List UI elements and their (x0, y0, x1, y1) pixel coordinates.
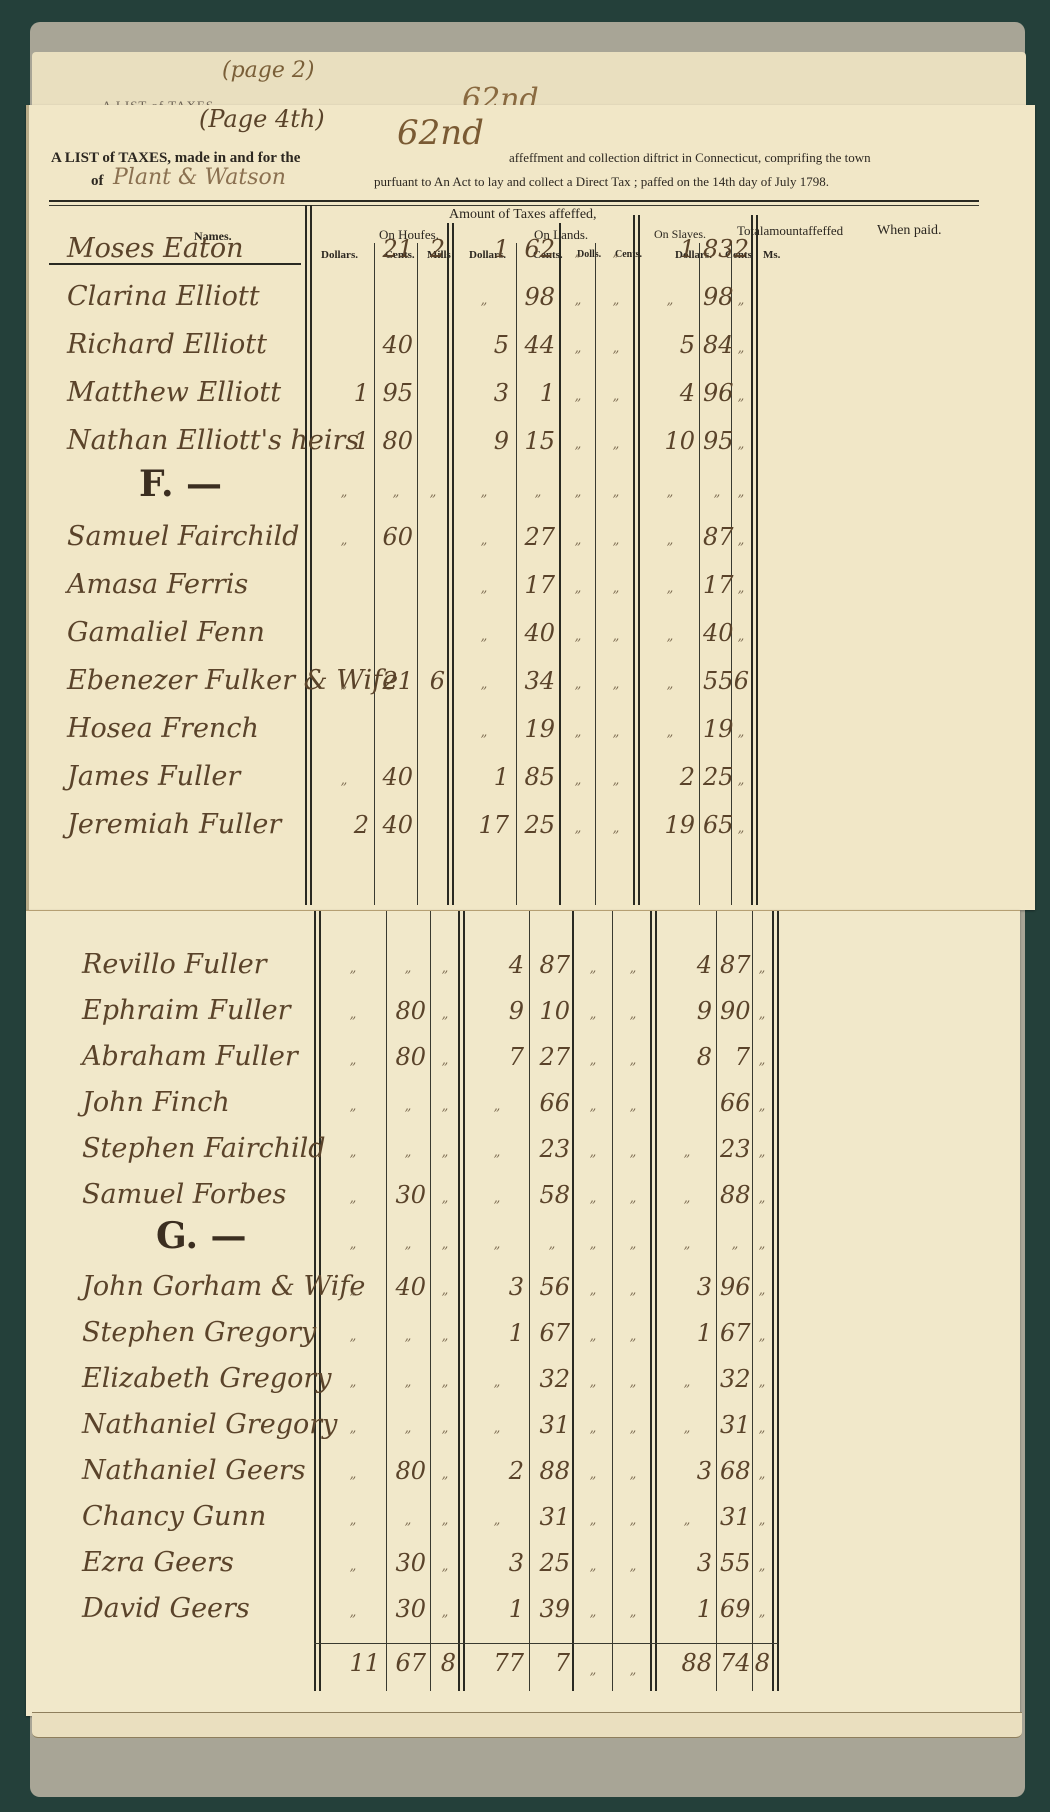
taxpayer-name: Nathan Elliott's heirs (67, 425, 359, 456)
cell-ld: „ (459, 725, 509, 740)
taxpayer-name: Nathaniel Gregory (82, 1409, 337, 1440)
cell-lc: 17 (521, 571, 555, 599)
cell-hm: „ (434, 1467, 456, 1482)
cell-sd: „ (563, 773, 593, 788)
cell-tm: „ (733, 533, 749, 548)
cell-td: 4 (645, 379, 695, 407)
cell-hd: „ (326, 1237, 380, 1252)
cell-sd: „ (576, 1559, 610, 1574)
cell-hd: „ (326, 1283, 380, 1298)
cell-tm: „ (733, 437, 749, 452)
cell-tm: „ (754, 1099, 770, 1114)
cell-tm: „ (754, 1237, 770, 1252)
cell-lc: 15 (521, 427, 555, 455)
cell-sd: „ (563, 821, 593, 836)
cell-sd: „ (563, 341, 593, 356)
cell-td: „ (645, 533, 695, 548)
cell-td: 4 (662, 951, 712, 979)
cell-sc: „ (618, 1559, 648, 1574)
cell-hc: 95 (379, 379, 413, 407)
cell-ld: „ (470, 1421, 524, 1436)
cell-hd: „ (326, 1145, 380, 1160)
cell-ld: 17 (459, 811, 509, 839)
cell-ld: 7 (470, 1043, 524, 1071)
cell-hd: „ (319, 485, 369, 500)
cell-hd: 2 (319, 811, 369, 839)
cell-ld: 9 (470, 997, 524, 1025)
cell-ld: „ (470, 1099, 524, 1114)
cell-td: „ (662, 1191, 712, 1206)
cell-td: 5 (645, 331, 695, 359)
cell-sc: „ (618, 1467, 648, 1482)
taxpayer-name: Ephraim Fuller (82, 995, 291, 1026)
page-stack-edge (32, 1712, 1022, 1738)
cell-hm: „ (434, 1007, 456, 1022)
cell-tm: „ (754, 1329, 770, 1344)
cell-sc: „ (618, 1099, 648, 1114)
cell-sd: „ (576, 1605, 610, 1620)
cell-hd: „ (326, 1421, 380, 1436)
cell-tm: „ (754, 1053, 770, 1068)
cell-ld: 1 (470, 1319, 524, 1347)
cell-td: 1 (662, 1595, 712, 1623)
district-number: 62nd (397, 113, 484, 153)
page-label: (Page 4th) (199, 105, 325, 133)
taxpayer-name: Elizabeth Gregory (82, 1363, 332, 1394)
title-line-2-right: purfuant to An Act to lay and collect a … (374, 174, 829, 190)
section-letter: G. — (156, 1215, 247, 1257)
cell-lc: 10 (534, 997, 570, 1025)
cell-ld: 3 (470, 1549, 524, 1577)
cell-td: 8 (662, 1043, 712, 1071)
cell-sc: „ (618, 1329, 648, 1344)
cell-hc: 80 (390, 1457, 426, 1485)
cell-tc: 96 (720, 1273, 750, 1301)
cell-sd: „ (576, 1191, 610, 1206)
cell-sc: „ (618, 1283, 648, 1298)
rule (572, 911, 574, 1691)
cell-tc: 31 (720, 1503, 750, 1531)
cell-lc: 23 (534, 1135, 570, 1163)
col-header-when-paid: When paid. (877, 223, 942, 239)
cell-td: 2 (645, 763, 695, 791)
cell-hm: „ (434, 1329, 456, 1344)
cell-hd: „ (326, 1559, 380, 1574)
cell-ld: „ (459, 293, 509, 308)
cell-sc: „ (601, 821, 631, 836)
cell-lc: „ (521, 485, 555, 500)
rule (751, 215, 753, 905)
taxpayer-name: Revillo Fuller (82, 949, 267, 980)
cell-lc: 58 (534, 1181, 570, 1209)
rule (463, 911, 465, 1691)
rule (756, 215, 758, 905)
cell-tc: 55 (720, 1549, 750, 1577)
cell-hm: „ (434, 1283, 456, 1298)
cell-tm: „ (733, 629, 749, 644)
cell-tc: 25 (703, 763, 731, 791)
rule (305, 205, 307, 905)
cell-sc: „ (601, 341, 631, 356)
cell-hc: 80 (390, 997, 426, 1025)
cell-sc: „ (618, 1375, 648, 1390)
cell-lc: 88 (534, 1457, 570, 1485)
cell-sc: „ (618, 1053, 648, 1068)
cell-sd: „ (563, 245, 593, 260)
total-hm: 8 (434, 1649, 456, 1677)
cell-sd: „ (576, 1329, 610, 1344)
cell-tc: 19 (703, 715, 731, 743)
cell-tm: „ (733, 341, 749, 356)
cell-sd: „ (576, 1237, 610, 1252)
cell-td: „ (662, 1513, 712, 1528)
cell-hm: „ (434, 1191, 456, 1206)
total-td: 88 (662, 1649, 712, 1677)
cell-hd: „ (326, 1099, 380, 1114)
taxpayer-name: Samuel Fairchild (67, 521, 299, 552)
cell-tc: 32 (720, 1365, 750, 1393)
cell-hc: 40 (379, 763, 413, 791)
cell-hd: „ (326, 1007, 380, 1022)
cell-ld: 1 (470, 1595, 524, 1623)
rule (638, 215, 640, 905)
cell-lc: 27 (521, 523, 555, 551)
cell-tc: 31 (720, 1411, 750, 1439)
cell-sc: „ (618, 1191, 648, 1206)
cell-hd: 1 (319, 379, 369, 407)
cell-tm: „ (733, 773, 749, 788)
cell-td: „ (662, 1421, 712, 1436)
cell-hc: 30 (390, 1549, 426, 1577)
cell-lc: 67 (534, 1319, 570, 1347)
cell-hc: 80 (390, 1043, 426, 1071)
cell-ld: „ (470, 1145, 524, 1160)
title-line-2-prefix: of (91, 173, 104, 190)
cell-tm: „ (754, 1283, 770, 1298)
total-lc: 7 (534, 1649, 570, 1677)
cell-tm: „ (733, 821, 749, 836)
cell-hc: „ (390, 1375, 426, 1390)
taxpayer-name: Gamaliel Fenn (67, 617, 265, 648)
cell-ld: 9 (459, 427, 509, 455)
cell-hc: „ (390, 1237, 426, 1252)
cell-sd: „ (576, 1421, 610, 1436)
rule (374, 243, 375, 905)
taxpayer-name: Richard Elliott (67, 329, 267, 360)
cell-ld: 5 (459, 331, 509, 359)
col-header-amount: Amount of Taxes affeffed, (449, 207, 597, 223)
cell-lc: 66 (534, 1089, 570, 1117)
rule (559, 223, 561, 905)
cell-lc: 31 (534, 1503, 570, 1531)
cell-lc: 27 (534, 1043, 570, 1071)
rule (310, 205, 312, 905)
cell-ld: 4 (470, 951, 524, 979)
rule (386, 911, 387, 1691)
cell-tc: 96 (703, 379, 731, 407)
cell-sc: „ (601, 437, 631, 452)
cell-td: 10 (645, 427, 695, 455)
cell-hm: „ (434, 1145, 456, 1160)
cell-ld: „ (470, 1237, 524, 1252)
cell-sd: „ (563, 389, 593, 404)
cell-ld: „ (459, 677, 509, 692)
cell-td: „ (662, 1375, 712, 1390)
cell-ld: „ (459, 629, 509, 644)
cell-tc: 95 (703, 427, 731, 455)
cell-tm: „ (733, 485, 749, 500)
cell-sd: „ (576, 1467, 610, 1482)
cell-hd: „ (326, 1329, 380, 1344)
cell-sc: „ (601, 629, 631, 644)
cell-sc: „ (618, 1237, 648, 1252)
cell-hc: „ (390, 1421, 426, 1436)
cell-td: 9 (662, 997, 712, 1025)
cell-hc: 40 (379, 331, 413, 359)
rule (529, 911, 530, 1691)
cell-sd: „ (563, 485, 593, 500)
cell-sc: „ (601, 245, 631, 260)
cell-hm: 2 (421, 235, 445, 263)
cell-hm: „ (421, 485, 445, 500)
cell-hm: „ (434, 1605, 456, 1620)
cell-lc: 85 (521, 763, 555, 791)
cell-sd: „ (576, 1283, 610, 1298)
taxpayer-name: Moses Eaton (67, 233, 243, 264)
taxpayer-name: Amasa Ferris (67, 569, 248, 600)
cell-ld: „ (470, 1191, 524, 1206)
cell-hc: 40 (390, 1273, 426, 1301)
rule (430, 911, 431, 1691)
cell-sc: „ (601, 725, 631, 740)
taxpayer-name: Chancy Gunn (82, 1501, 266, 1532)
cell-td: 3 (662, 1549, 712, 1577)
cell-tc: 69 (720, 1595, 750, 1623)
cell-tc: 55 (703, 667, 731, 695)
cell-lc: 34 (521, 667, 555, 695)
cell-hc: 30 (390, 1181, 426, 1209)
rule (650, 911, 652, 1691)
cell-tm: „ (754, 1145, 770, 1160)
cell-td: „ (645, 629, 695, 644)
cell-td: 1 (662, 1319, 712, 1347)
rule (777, 911, 779, 1691)
taxpayer-name: Jeremiah Fuller (67, 809, 281, 840)
cell-hm: „ (434, 1237, 456, 1252)
cell-tm: „ (733, 389, 749, 404)
cell-ld: „ (470, 1375, 524, 1390)
back-page-label: (page 2) (222, 58, 314, 83)
sub-t-ms: Ms. (763, 249, 780, 261)
cell-hm: „ (434, 1053, 456, 1068)
cell-tm: „ (733, 725, 749, 740)
cell-tm: „ (733, 293, 749, 308)
cell-td: „ (645, 485, 695, 500)
taxpayer-name: Samuel Forbes (82, 1179, 286, 1210)
total-sc: „ (618, 1663, 648, 1678)
cell-tm: 2 (733, 235, 749, 263)
cell-hd: „ (319, 677, 369, 692)
cell-tc: 88 (720, 1181, 750, 1209)
taxpayer-name: Matthew Elliott (67, 377, 281, 408)
cell-hd: 1 (319, 427, 369, 455)
cell-ld: „ (459, 533, 509, 548)
cell-tm: „ (754, 1559, 770, 1574)
cell-hm: „ (434, 1375, 456, 1390)
cell-td: „ (645, 677, 695, 692)
cell-sc: „ (601, 293, 631, 308)
rule (447, 223, 449, 905)
cell-lc: 40 (521, 619, 555, 647)
cell-sc: „ (618, 1421, 648, 1436)
total-sd: „ (576, 1663, 610, 1678)
cell-ld: „ (459, 485, 509, 500)
cell-lc: 87 (534, 951, 570, 979)
totals-rule (314, 1643, 778, 1644)
cell-hm: „ (434, 1421, 456, 1436)
cell-sd: „ (563, 725, 593, 740)
cell-tm: „ (754, 1375, 770, 1390)
ledger-page-top: (Page 4th) 62nd A LIST of TAXES, made in… (26, 105, 1035, 910)
taxpayer-name: Abraham Fuller (82, 1041, 298, 1072)
cell-sc: „ (601, 581, 631, 596)
rule (655, 911, 657, 1691)
rule (752, 911, 753, 1691)
cell-td: 19 (645, 811, 695, 839)
rule (458, 911, 460, 1691)
cell-td: „ (645, 725, 695, 740)
cell-sd: „ (563, 629, 593, 644)
cell-ld: 1 (459, 763, 509, 791)
taxpayer-name: Hosea French (67, 713, 259, 744)
cell-hm: „ (434, 961, 456, 976)
rule (417, 243, 418, 905)
cell-sc: „ (618, 1513, 648, 1528)
cell-tc: 90 (720, 997, 750, 1025)
rule (516, 243, 517, 905)
total-hc: 67 (390, 1649, 426, 1677)
cell-sc: „ (601, 533, 631, 548)
cell-sd: „ (576, 1099, 610, 1114)
cell-tc: 40 (703, 619, 731, 647)
cell-tc: 7 (720, 1043, 750, 1071)
cell-hm: „ (434, 1559, 456, 1574)
total-ld: 77 (470, 1649, 524, 1677)
cell-td: 1 (645, 235, 695, 263)
cell-tm: 6 (733, 667, 749, 695)
cell-hd: „ (326, 1053, 380, 1068)
cell-td: „ (662, 1237, 712, 1252)
cell-hc: 60 (379, 523, 413, 551)
taxpayer-name: Clarina Elliott (67, 281, 260, 312)
cell-ld: 3 (459, 379, 509, 407)
cell-tc: 98 (703, 283, 731, 311)
cell-sd: „ (563, 677, 593, 692)
cell-td: „ (662, 1145, 712, 1160)
cell-hm: „ (434, 1099, 456, 1114)
cell-tc: 68 (720, 1457, 750, 1485)
cell-sd: „ (576, 1007, 610, 1022)
rule (699, 243, 700, 905)
total-tm: 8 (754, 1649, 770, 1677)
cell-hc: „ (390, 1145, 426, 1160)
cell-ld: 1 (459, 235, 509, 263)
cell-td: „ (645, 293, 695, 308)
cell-sc: „ (601, 773, 631, 788)
cell-sd: „ (576, 1375, 610, 1390)
taxpayer-name: Ezra Geers (82, 1547, 234, 1578)
cell-hc: 21 (379, 667, 413, 695)
cell-sd: „ (576, 1145, 610, 1160)
cell-hc: „ (379, 485, 413, 500)
cell-lc: 25 (521, 811, 555, 839)
cell-lc: 19 (521, 715, 555, 743)
rule (633, 215, 635, 905)
cell-tm: „ (754, 1467, 770, 1482)
cell-ld: „ (459, 581, 509, 596)
cell-lc: 44 (521, 331, 555, 359)
rule (595, 243, 596, 905)
cell-tm: „ (754, 1421, 770, 1436)
cell-sd: „ (576, 1053, 610, 1068)
cell-tc: „ (720, 1237, 750, 1252)
cell-lc: 25 (534, 1549, 570, 1577)
rule (716, 911, 717, 1691)
cell-tm: „ (754, 1605, 770, 1620)
cell-td: 3 (662, 1273, 712, 1301)
cell-tm: „ (754, 1513, 770, 1528)
cell-sc: „ (618, 1605, 648, 1620)
cell-tc: 17 (703, 571, 731, 599)
cell-tc: 87 (720, 951, 750, 979)
cell-hc: „ (390, 961, 426, 976)
taxpayer-name: John Gorham & Wife (82, 1271, 365, 1302)
taxpayer-name: Stephen Gregory (82, 1317, 316, 1348)
cell-hc: „ (390, 1099, 426, 1114)
cell-tc: 67 (720, 1319, 750, 1347)
cell-sd: „ (576, 961, 610, 976)
cell-tm: „ (733, 581, 749, 596)
taxpayer-name: John Finch (82, 1087, 230, 1118)
cell-sd: „ (563, 581, 593, 596)
cell-hd: „ (326, 1513, 380, 1528)
cell-hd: „ (326, 1467, 380, 1482)
cell-hd: „ (326, 1375, 380, 1390)
cell-hd: „ (326, 1191, 380, 1206)
cell-tc: 65 (703, 811, 731, 839)
cell-lc: „ (534, 1237, 570, 1252)
cell-tc: 84 (703, 331, 731, 359)
rule (772, 911, 774, 1691)
cell-tm: „ (754, 961, 770, 976)
cell-sc: „ (618, 1145, 648, 1160)
cell-sd: „ (563, 293, 593, 308)
cell-hm: „ (434, 1513, 456, 1528)
town-name: Plant & Watson (113, 165, 286, 190)
cell-ld: 3 (470, 1273, 524, 1301)
cell-hd: „ (319, 533, 369, 548)
cell-tc: 83 (703, 235, 731, 263)
cell-lc: 56 (534, 1273, 570, 1301)
cell-hm: 6 (421, 667, 445, 695)
cell-lc: 62 (521, 235, 555, 263)
cell-hc: 30 (390, 1595, 426, 1623)
taxpayer-name: Stephen Fairchild (82, 1133, 326, 1164)
header-rule-thin (49, 205, 979, 206)
cell-tc: „ (703, 485, 731, 500)
cell-hc: „ (390, 1513, 426, 1528)
cell-hc: 40 (379, 811, 413, 839)
